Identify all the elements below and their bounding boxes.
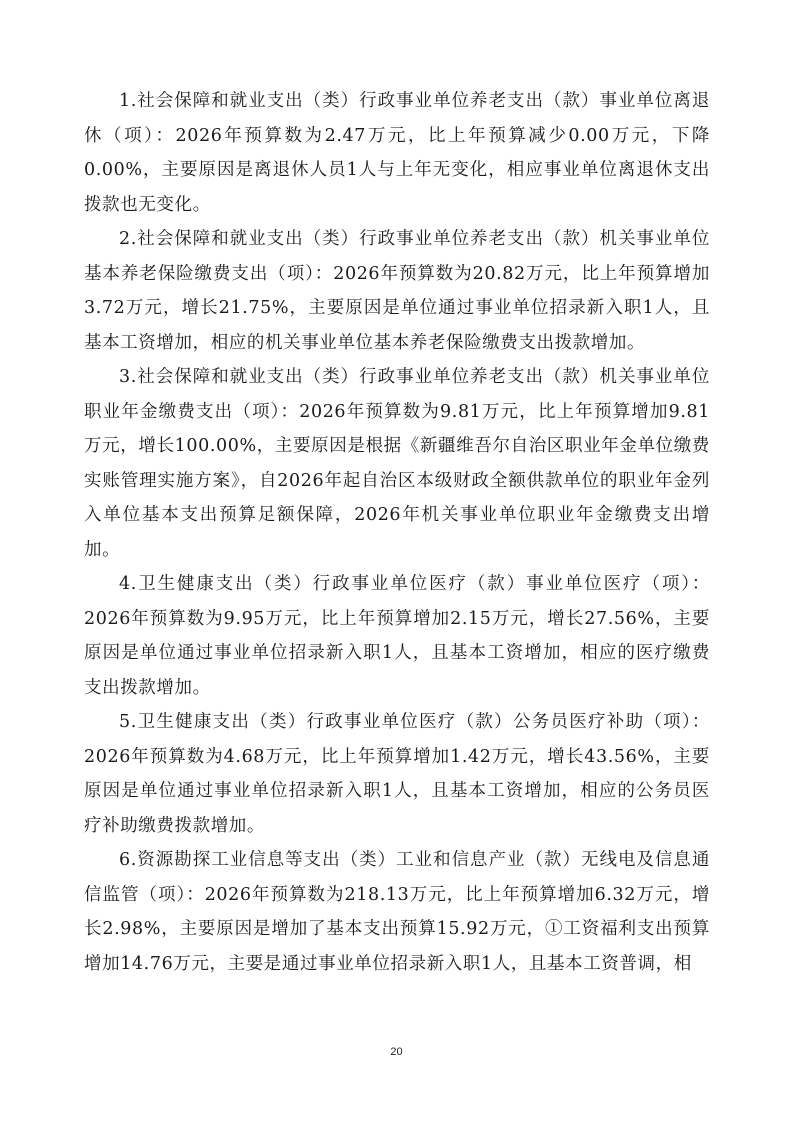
paragraph-civil-servant-medical: 5.卫生健康支出（类）行政事业单位医疗（款）公务员医疗补助（项）：2026年预算… — [84, 705, 710, 843]
paragraph-retirement: 1.社会保障和就业支出（类）行政事业单位养老支出（款）事业单位离退休（项）：20… — [84, 84, 710, 222]
body-text: 1.社会保障和就业支出（类）行政事业单位养老支出（款）事业单位离退休（项）：20… — [84, 84, 710, 981]
document-page: 1.社会保障和就业支出（类）行政事业单位养老支出（款）事业单位离退休（项）：20… — [0, 0, 793, 1122]
paragraph-basic-pension: 2.社会保障和就业支出（类）行政事业单位养老支出（款）机关事业单位基本养老保险缴… — [84, 222, 710, 360]
paragraph-institution-medical: 4.卫生健康支出（类）行政事业单位医疗（款）事业单位医疗（项）：2026年预算数… — [84, 567, 710, 705]
paragraph-occupational-annuity: 3.社会保障和就业支出（类）行政事业单位养老支出（款）机关事业单位职业年金缴费支… — [84, 360, 710, 567]
page-number: 20 — [0, 1046, 793, 1058]
paragraph-radio-regulation: 6.资源勘探工业信息等支出（类）工业和信息产业（款）无线电及信息通信监管（项）：… — [84, 843, 710, 981]
